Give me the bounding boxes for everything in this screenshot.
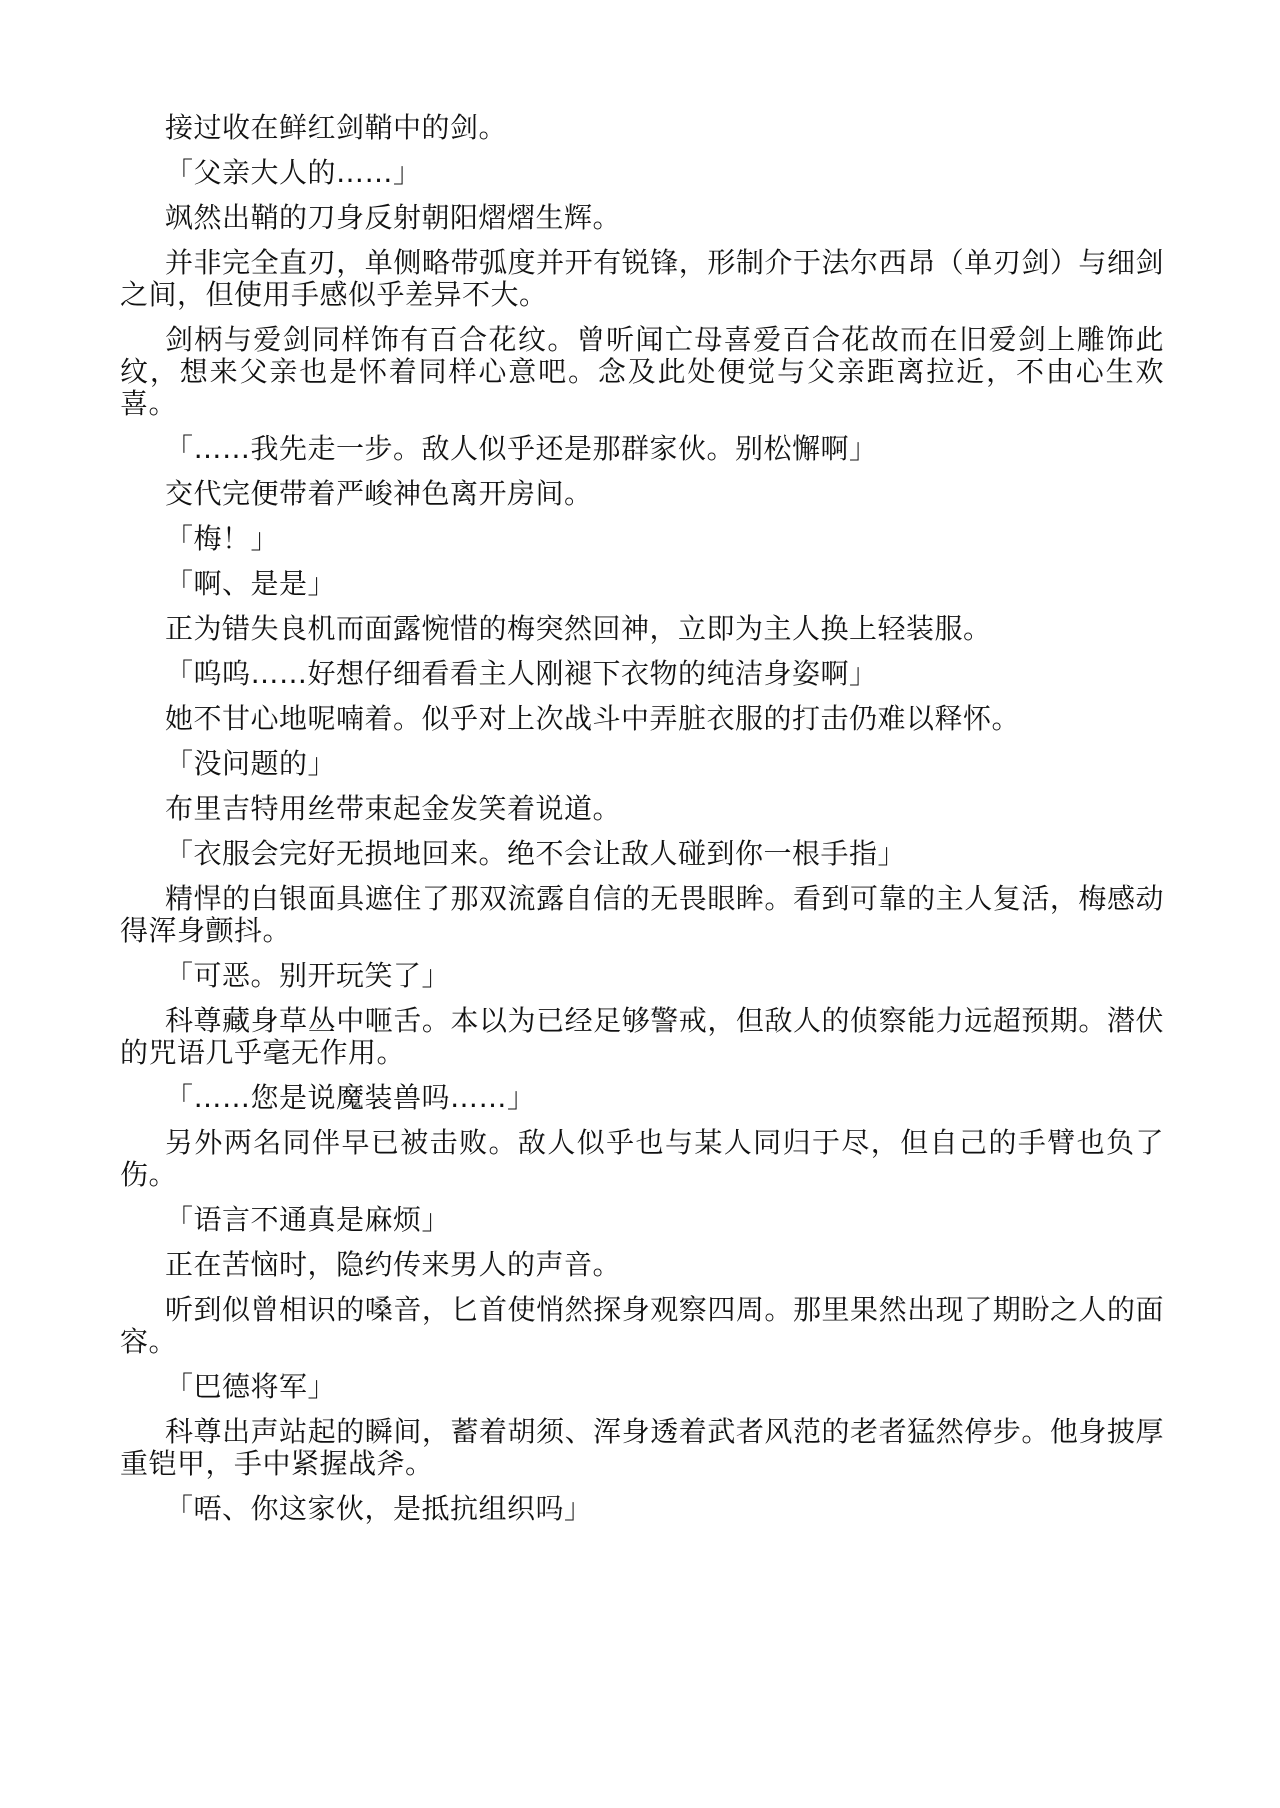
paragraph-dialogue: 「梅！」 — [120, 523, 1164, 555]
paragraph-dialogue: 「衣服会完好无损地回来。绝不会让敌人碰到你一根手指」 — [120, 838, 1164, 870]
paragraph: 并非完全直刃，单侧略带弧度并开有锐锋，形制介于法尔西昂（单刃剑）与细剑之间，但使… — [120, 247, 1164, 311]
paragraph-dialogue: 「没问题的」 — [120, 748, 1164, 780]
paragraph-dialogue: 「唔、你这家伙，是抵抗组织吗」 — [120, 1493, 1164, 1525]
paragraph: 布里吉特用丝带束起金发笑着说道。 — [120, 793, 1164, 825]
paragraph: 她不甘心地呢喃着。似乎对上次战斗中弄脏衣服的打击仍难以释怀。 — [120, 703, 1164, 735]
paragraph-dialogue: 「可恶。别开玩笑了」 — [120, 960, 1164, 992]
paragraph: 科尊藏身草丛中咂舌。本以为已经足够警戒，但敌人的侦察能力远超预期。潜伏的咒语几乎… — [120, 1005, 1164, 1069]
paragraph-dialogue: 「……您是说魔装兽吗……」 — [120, 1082, 1164, 1114]
paragraph-dialogue: 「啊、是是」 — [120, 568, 1164, 600]
paragraph: 科尊出声站起的瞬间，蓄着胡须、浑身透着武者风范的老者猛然停步。他身披厚重铠甲，手… — [120, 1416, 1164, 1480]
document-page: 接过收在鲜红剑鞘中的剑。 「父亲大人的……」 飒然出鞘的刀身反射朝阳熠熠生辉。 … — [0, 0, 1280, 1808]
paragraph: 正为错失良机而面露惋惜的梅突然回神，立即为主人换上轻装服。 — [120, 613, 1164, 645]
paragraph: 另外两名同伴早已被击败。敌人似乎也与某人同归于尽，但自己的手臂也负了伤。 — [120, 1127, 1164, 1191]
paragraph-dialogue: 「父亲大人的……」 — [120, 157, 1164, 189]
paragraph: 飒然出鞘的刀身反射朝阳熠熠生辉。 — [120, 202, 1164, 234]
paragraph: 精悍的白银面具遮住了那双流露自信的无畏眼眸。看到可靠的主人复活，梅感动得浑身颤抖… — [120, 883, 1164, 947]
paragraph-dialogue: 「……我先走一步。敌人似乎还是那群家伙。别松懈啊」 — [120, 433, 1164, 465]
paragraph: 听到似曾相识的嗓音，匕首使悄然探身观察四周。那里果然出现了期盼之人的面容。 — [120, 1294, 1164, 1358]
paragraph: 交代完便带着严峻神色离开房间。 — [120, 478, 1164, 510]
paragraph: 接过收在鲜红剑鞘中的剑。 — [120, 112, 1164, 144]
paragraph-dialogue: 「巴德将军」 — [120, 1371, 1164, 1403]
paragraph: 剑柄与爱剑同样饰有百合花纹。曾听闻亡母喜爱百合花故而在旧爱剑上雕饰此纹，想来父亲… — [120, 324, 1164, 420]
paragraph: 正在苦恼时，隐约传来男人的声音。 — [120, 1249, 1164, 1281]
paragraph-dialogue: 「呜呜……好想仔细看看主人刚褪下衣物的纯洁身姿啊」 — [120, 658, 1164, 690]
paragraph-dialogue: 「语言不通真是麻烦」 — [120, 1204, 1164, 1236]
